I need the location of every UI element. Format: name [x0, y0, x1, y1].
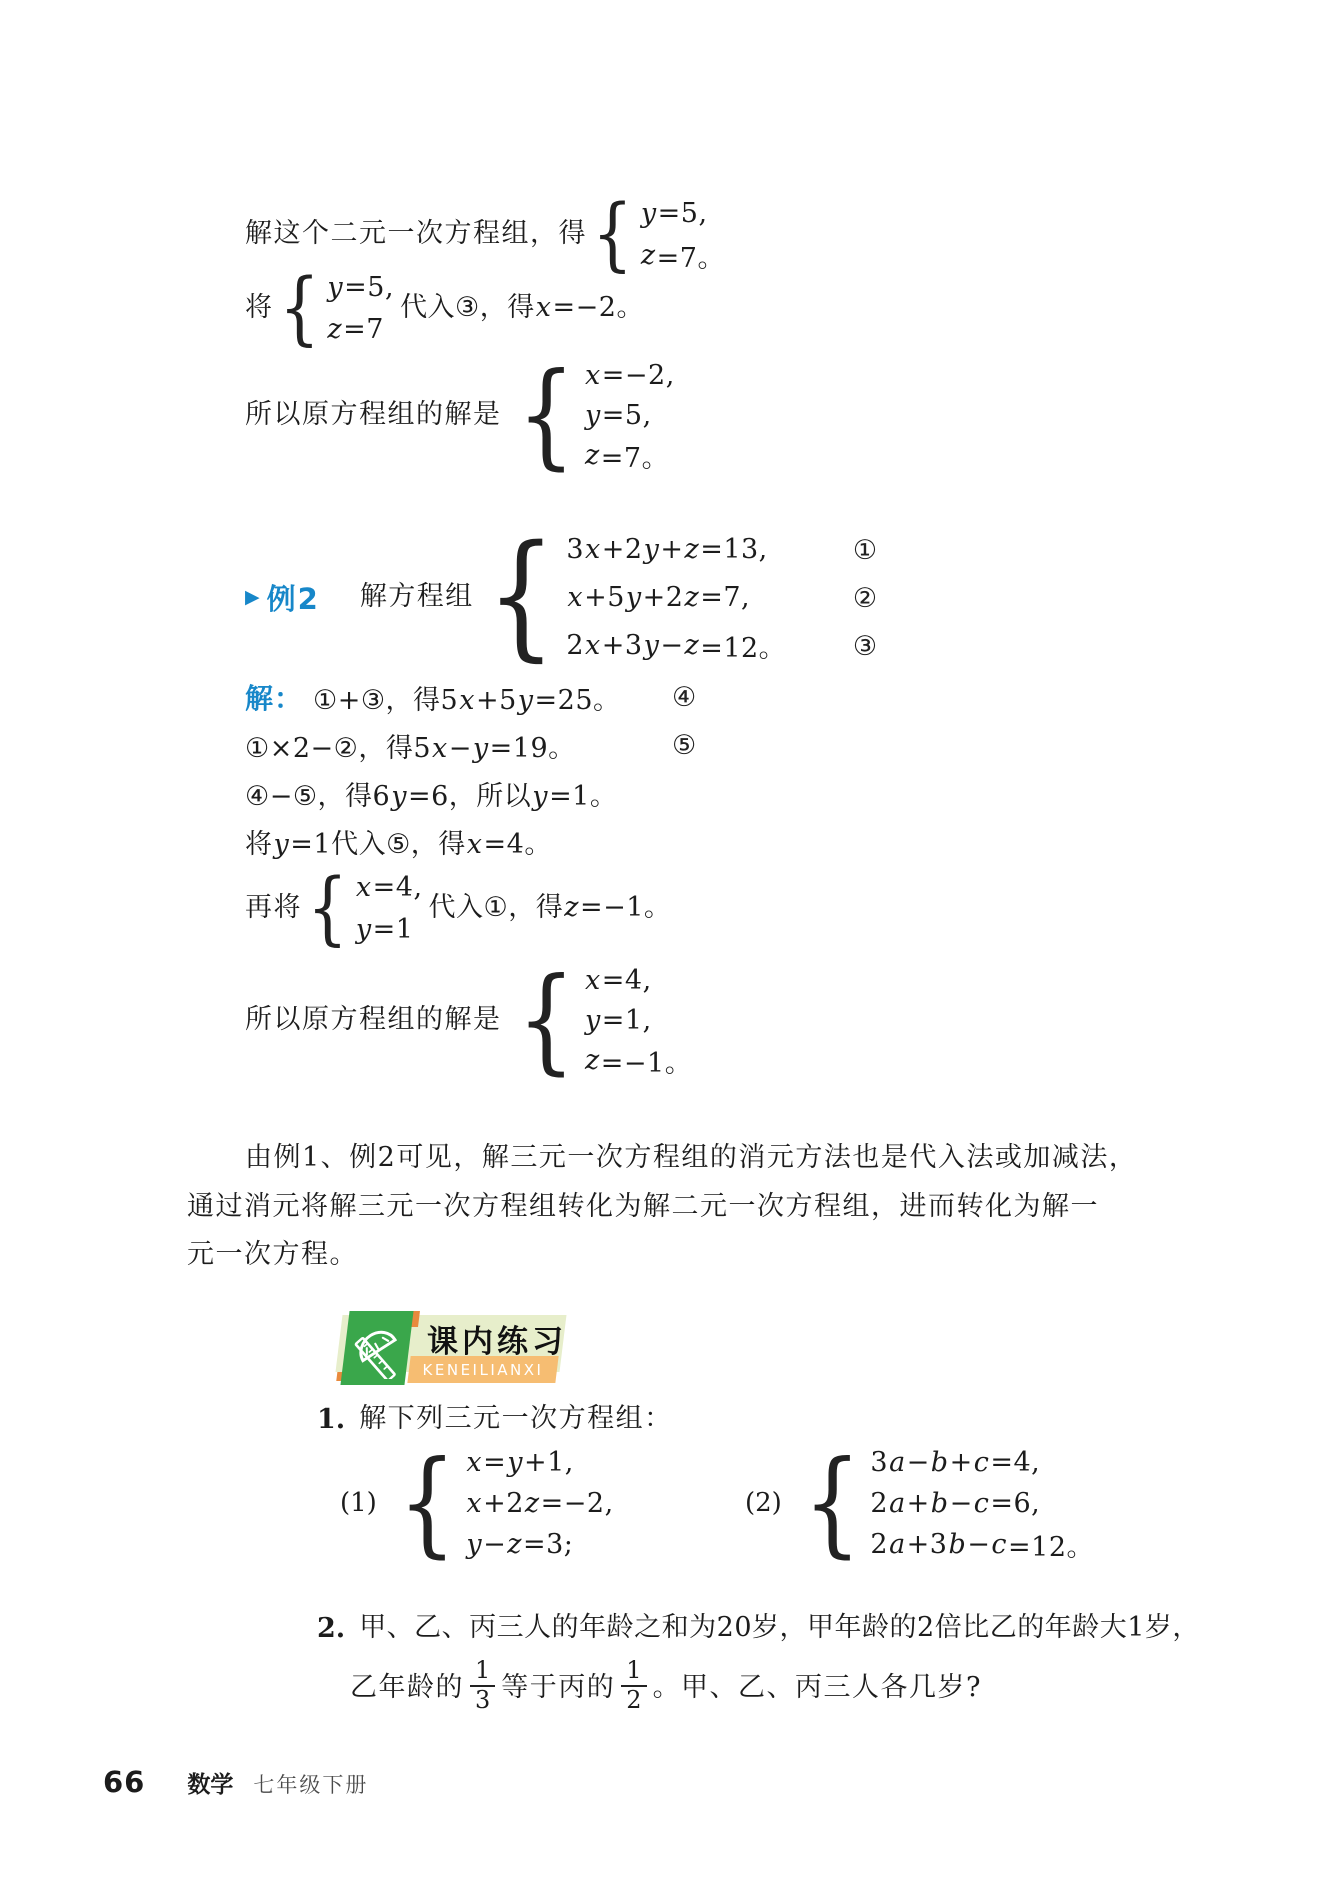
eq-tag-4: ④ [672, 682, 696, 713]
exercise-1-text: 解下列三元一次方程组： [359, 1401, 673, 1437]
solution-step-row: ④−⑤，得6y=6，所以y=1。 [245, 769, 905, 817]
substitute-prefix: 再将 [245, 890, 302, 926]
fraction-one-half: 1 2 [621, 1657, 646, 1714]
badge-green-panel [340, 1311, 413, 1385]
pre-conclusion: 所以原方程组的解是 { x=−2, y=5, z=7。 [245, 355, 675, 475]
brace-icon: { [592, 197, 633, 271]
fraction-one-third: 1 3 [470, 1657, 495, 1714]
equation: y=5, [326, 266, 394, 308]
footer-subject: 数学 [187, 1766, 233, 1799]
equation: z=7 [326, 308, 394, 350]
system-2-label: (2) [745, 1488, 782, 1518]
equation-system-x4y1: { x=4, y=1 [302, 866, 423, 950]
practice-badge-subtitle: KENEILIANXI [409, 1356, 557, 1383]
equation: x=4, [584, 960, 692, 1000]
solution-step-row: 将y=1代入⑤，得x=4。 [245, 817, 905, 865]
equation: x=y+1, [465, 1442, 613, 1483]
protractor-icon [347, 1317, 407, 1379]
summary-line: 由例1、例2可见，解三元一次方程组的消元方法也是代入法或加减法， [187, 1134, 1162, 1183]
summary-line: 元一次方程。 [187, 1231, 1162, 1280]
solution-step-row: ①×2−②，得5x−y=19。 ⑤ [245, 721, 905, 769]
equation-system-solution1: { x=−2, y=5, z=7。 [510, 355, 675, 475]
equation: x+2z=−2, [465, 1483, 613, 1524]
solution-step-text: ④−⑤，得6y=6，所以y=1。 [245, 774, 617, 813]
equation: y=1 [355, 908, 423, 950]
equation: y=5, [584, 395, 675, 435]
page-number: 66 [103, 1765, 145, 1799]
solve-label: 解： [245, 677, 303, 717]
eq-tag-3: ③ [845, 622, 885, 670]
pre-step-1-text: 解这个二元一次方程组，得 [245, 216, 587, 252]
equation: x+5y+2z=7, [566, 573, 786, 621]
brace-icon: { [398, 1451, 456, 1556]
exercise-2-text-c: 。甲、乙、丙三人各几岁? [653, 1670, 982, 1706]
practice-badge-title: 课内练习 [427, 1316, 567, 1361]
brace-icon: { [486, 534, 555, 659]
exercise-2-line1: 甲、乙、丙三人的年龄之和为20岁，甲年龄的2倍比乙的年龄大1岁， [359, 1610, 1200, 1646]
brace-icon: { [517, 968, 575, 1073]
equation: 2a+3b−c=12。 [870, 1524, 1094, 1565]
equation-system-y5z7-b: { y=5, z=7 [274, 266, 395, 350]
example2-label: 例2 [267, 577, 320, 618]
brace-icon: { [307, 871, 348, 945]
exercise-1-system-1: (1) { x=y+1, x+2z=−2, y−z=3; [340, 1441, 614, 1565]
solution-step-text: 将y=1代入⑤，得x=4。 [245, 822, 552, 861]
summary-paragraph: 由例1、例2可见，解三元一次方程组的消元方法也是代入法或加减法， 通过消元将解三… [187, 1134, 1162, 1280]
example2-conclusion: 所以原方程组的解是 { x=4, y=1, z=−1。 [245, 960, 692, 1080]
equation: z=7。 [584, 435, 675, 475]
example2-system: { 3x+2y+z=13, x+5y+2z=7, 2x+3y−z=12。 [478, 525, 786, 669]
textbook-page: 解这个二元一次方程组，得 { y=5, z=7。 将 { y=5, z=7 代入… [0, 0, 1332, 1885]
triangle-marker-icon: ▶ [245, 586, 260, 608]
pre-step-2-prefix: 将 [245, 290, 274, 326]
eq-tag-1: ① [845, 526, 885, 574]
brace-icon: { [279, 271, 320, 345]
substitute-suffix: 代入①，得z=−1。 [429, 890, 672, 926]
solution-step-text: ①+③，得5x+5y=25。 [313, 678, 621, 717]
equation: 3a−b+c=4, [870, 1442, 1094, 1483]
exercise-1: 1. 解下列三元一次方程组： [317, 1400, 673, 1438]
pre-conclusion-text: 所以原方程组的解是 [245, 397, 502, 433]
eq-tag-5: ⑤ [672, 730, 696, 761]
pre-step-2-suffix: 代入③，得x=−2。 [400, 290, 644, 326]
equation: y−z=3; [465, 1524, 613, 1565]
example2-equation-tags: ① ② ③ [845, 526, 885, 670]
fraction-denominator: 3 [470, 1685, 495, 1715]
example2-block: ▶ 例2 解方程组 { 3x+2y+z=13, x+5y+2z=7, 2x+3y… [245, 524, 786, 670]
equation: y=1, [584, 1000, 692, 1040]
equation: x=−2, [584, 355, 675, 395]
equation: x=4, [355, 866, 423, 908]
equation-system-q1a: { x=y+1, x+2z=−2, y−z=3; [391, 1442, 614, 1565]
exercise-2-text-a: 乙年龄的 [350, 1670, 464, 1706]
summary-line: 通过消元将解三元一次方程组转化为解二元一次方程组，进而转化为解一 [187, 1183, 1162, 1232]
equation-system-q1b: { 3a−b+c=4, 2a+b−c=6, 2a+3b−c=12。 [796, 1442, 1094, 1565]
fraction-numerator: 1 [621, 1657, 646, 1685]
example2-intro: 解方程组 [360, 579, 474, 615]
eq-tag-2: ② [845, 574, 885, 622]
equation-system-solution2: { x=4, y=1, z=−1。 [510, 960, 693, 1080]
exercise-2-text-b: 等于丙的 [501, 1670, 615, 1706]
page-footer: 66 数学 七年级下册 [103, 1765, 368, 1799]
exercise-1-number: 1. [317, 1404, 345, 1435]
example2-label-group: ▶ 例2 [245, 577, 320, 618]
exercise-1-system-2: (2) { 3a−b+c=4, 2a+b−c=6, 2a+3b−c=12。 [745, 1441, 1094, 1565]
example2-conclusion-text: 所以原方程组的解是 [245, 1002, 502, 1038]
exercise-2-number: 2. [317, 1613, 345, 1644]
exercise-2-line2: 乙年龄的 1 3 等于丙的 1 2 。甲、乙、丙三人各几岁? [350, 1657, 982, 1719]
equation: 2a+b−c=6, [870, 1483, 1094, 1524]
equation: 2x+3y−z=12。 [566, 621, 786, 669]
fraction-denominator: 2 [621, 1685, 646, 1715]
system-1-label: (1) [340, 1488, 377, 1518]
substitute-block: 再将 { x=4, y=1 代入①，得z=−1。 [245, 866, 671, 950]
solution-step-row: 解： ①+③，得5x+5y=25。 ④ [245, 673, 905, 721]
equation-system-y5z7: { y=5, z=7。 [587, 192, 725, 276]
footer-volume: 七年级下册 [253, 1769, 368, 1799]
equation: z=−1。 [584, 1040, 692, 1080]
pre-step-2: 将 { y=5, z=7 代入③，得x=−2。 [245, 266, 644, 350]
equation: y=5, [640, 192, 725, 234]
fraction-numerator: 1 [470, 1657, 495, 1685]
practice-badge: 课内练习 KENEILIANXI [335, 1311, 575, 1389]
equation: z=7。 [640, 234, 725, 276]
exercise-2: 2. 甲、乙、丙三人的年龄之和为20岁，甲年龄的2倍比乙的年龄大1岁， [317, 1609, 1200, 1647]
equation: 3x+2y+z=13, [566, 525, 786, 573]
brace-icon: { [517, 363, 575, 468]
solution-step-text: ①×2−②，得5x−y=19。 [245, 726, 576, 765]
brace-icon: { [803, 1451, 861, 1556]
